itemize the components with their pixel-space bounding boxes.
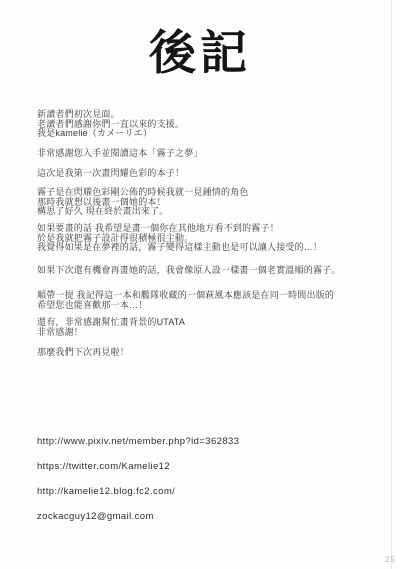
text-line: 非常感謝您入手並閱讀這本「霧子之夢」 xyxy=(37,149,377,159)
text-line: 非常感謝！ xyxy=(37,328,377,338)
text-line: 構思了好久 現在終於畫出來了。 xyxy=(37,207,377,217)
paragraph-other-book: 順帶一提 我記得這一本和艦隊收藏的一個萩風本應該是在同一時間出版的 希望您也能喜… xyxy=(37,291,377,310)
paragraph-greeting: 新讀者們初次見面。 老讀者們感謝你們一直以來的支援。 我是kamelie（カメー… xyxy=(37,110,377,139)
text-line: 還有，非常感謝幫忙畫背景的UTATA xyxy=(37,318,377,328)
afterword-page: 後記 新讀者們初次見面。 老讀者們感謝你們一直以來的支援。 我是kamelie（… xyxy=(0,0,400,569)
paragraph-design-notes: 如果要畫的話 我希望是畫一個你在其他地方看不到的霧子！ 於是我就把霧子設計得很積… xyxy=(37,224,377,253)
contact-links: http://www.pixiv.net/member.php?id=36283… xyxy=(37,436,377,536)
text-line: 我是kamelie（カメーリエ） xyxy=(37,129,377,139)
paragraph-credits: 還有，非常感謝幫忙畫背景的UTATA 非常感謝！ xyxy=(37,318,377,337)
scan-edge-line xyxy=(391,0,392,569)
email-address: zockacguy12@gmail.com xyxy=(37,511,377,522)
text-line: 如果下次還有機會再畫她的話，我會像原人設一樣畫一個老實溫順的霧子。 xyxy=(37,266,377,276)
paragraph-first-book: 這次是我第一次畫閃耀色彩的本子！ xyxy=(37,169,377,179)
pixiv-url: http://www.pixiv.net/member.php?id=36283… xyxy=(37,436,377,447)
text-line: 希望您也能喜歡那一本…！ xyxy=(37,301,377,311)
text-line: 那麼我們下次再見啦！ xyxy=(37,348,377,358)
paragraph-thanks: 非常感謝您入手並閱讀這本「霧子之夢」 xyxy=(37,149,377,159)
blog-url: http://kamelie12.blog.fc2.com/ xyxy=(37,486,377,497)
text-line: 我覺得如果是在夢裡的話，霧子變得這樣主動也是可以讓人接受的…！ xyxy=(37,243,377,253)
page-title: 後記 xyxy=(0,16,400,83)
twitter-url: https://twitter.com/Kamelie12 xyxy=(37,461,377,472)
text-line: 這次是我第一次畫閃耀色彩的本子！ xyxy=(37,169,377,179)
paragraph-next-time: 如果下次還有機會再畫她的話，我會像原人設一樣畫一個老實溫順的霧子。 xyxy=(37,266,377,276)
page-number: 25 xyxy=(385,555,396,564)
paragraph-character-origin: 霧子是在閃耀色彩剛公佈的時候我就一見鍾情的角色 那時我就想以後畫一個她的本！ 構… xyxy=(37,188,377,217)
paragraph-farewell: 那麼我們下次再見啦！ xyxy=(37,348,377,358)
